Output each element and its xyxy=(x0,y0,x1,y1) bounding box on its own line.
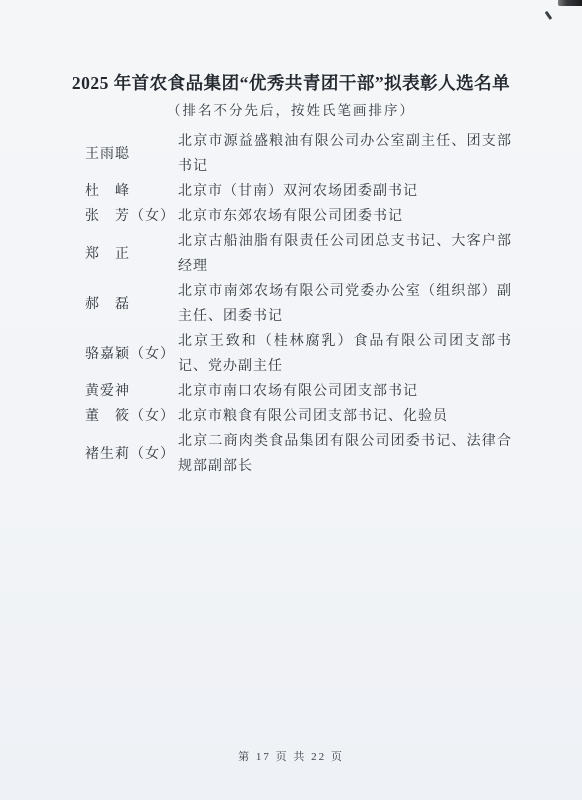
list-item: 骆嘉颖（女）北京王致和（桂林腐乳）食品有限公司团支部书记、党办副主任 xyxy=(85,329,522,379)
person-position: 北京市（甘南）双河农场团委副书记 xyxy=(178,179,512,204)
person-position: 北京市南郊农场有限公司党委办公室（组织部）副主任、团委书记 xyxy=(178,279,512,329)
person-position: 北京王致和（桂林腐乳）食品有限公司团支部书记、党办副主任 xyxy=(178,329,512,379)
list-item: 郝 磊北京市南郊农场有限公司党委办公室（组织部）副主任、团委书记 xyxy=(85,279,522,329)
list-item: 张 芳（女）北京市东郊农场有限公司团委书记 xyxy=(85,204,522,229)
person-name: 张 芳（女） xyxy=(85,204,178,229)
person-name: 骆嘉颖（女） xyxy=(85,342,178,367)
person-name: 杜 峰 xyxy=(85,179,178,204)
scanned-document-page: 2025 年首农食品集团“优秀共青团干部”拟表彰人选名单 （排名不分先后，按姓氏… xyxy=(0,0,582,800)
awardee-list: 王雨聪北京市源益盛粮油有限公司办公室副主任、团支部书记杜 峰北京市（甘南）双河农… xyxy=(0,129,582,479)
person-position: 北京古船油脂有限责任公司团总支书记、大客户部经理 xyxy=(178,229,512,279)
person-position: 北京市源益盛粮油有限公司办公室副主任、团支部书记 xyxy=(178,129,512,179)
page-number: 第 17 页 共 22 页 xyxy=(0,748,582,764)
person-position: 北京市粮食有限公司团支部书记、化验员 xyxy=(178,404,512,429)
list-item: 郑 正北京古船油脂有限责任公司团总支书记、大客户部经理 xyxy=(85,229,522,279)
person-position: 北京二商肉类食品集团有限公司团委书记、法律合规部副部长 xyxy=(178,429,512,479)
list-item: 黄爱神北京市南口农场有限公司团支部书记 xyxy=(85,379,522,404)
list-item: 王雨聪北京市源益盛粮油有限公司办公室副主任、团支部书记 xyxy=(85,129,522,179)
person-name: 郑 正 xyxy=(85,242,178,267)
person-name: 王雨聪 xyxy=(85,142,178,167)
person-name: 董 筱（女） xyxy=(85,404,178,429)
scan-edge-artifact xyxy=(558,0,582,6)
person-name: 褚生莉（女） xyxy=(85,442,178,467)
person-name: 郝 磊 xyxy=(85,292,178,317)
list-item: 董 筱（女）北京市粮食有限公司团支部书记、化验员 xyxy=(85,404,522,429)
list-item: 杜 峰北京市（甘南）双河农场团委副书记 xyxy=(85,179,522,204)
document-subtitle: （排名不分先后，按姓氏笔画排序） xyxy=(0,101,582,121)
scan-speck-artifact xyxy=(545,11,552,20)
document-title: 2025 年首农食品集团“优秀共青团干部”拟表彰人选名单 xyxy=(0,71,582,95)
person-name: 黄爱神 xyxy=(85,379,178,404)
person-position: 北京市东郊农场有限公司团委书记 xyxy=(178,204,512,229)
person-position: 北京市南口农场有限公司团支部书记 xyxy=(178,379,512,404)
list-item: 褚生莉（女）北京二商肉类食品集团有限公司团委书记、法律合规部副部长 xyxy=(85,429,522,479)
